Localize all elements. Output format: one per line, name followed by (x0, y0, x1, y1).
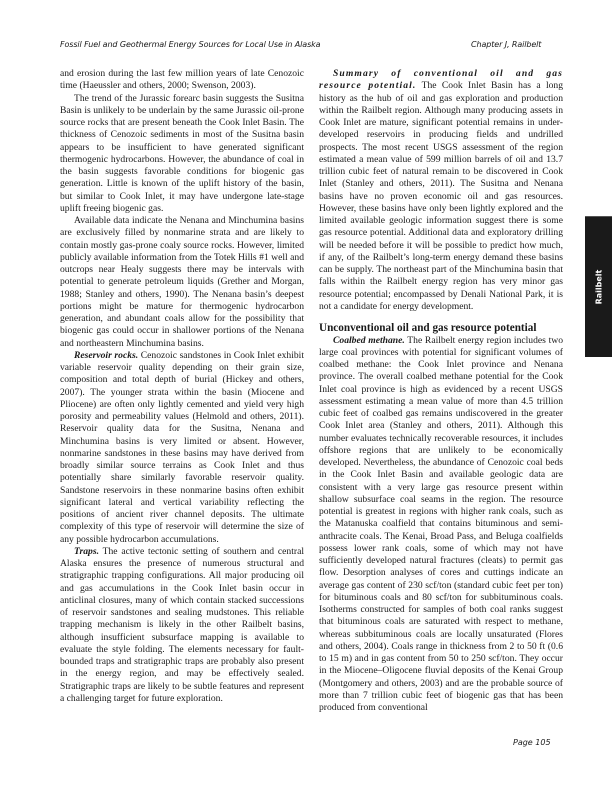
section-heading: Unconventional oil and gas resource pote… (319, 322, 563, 335)
reservoir-rocks-paragraph: Reservoir rocks. Cenozoic sandstones in … (60, 350, 304, 546)
right-column: Summary of conventional oil and gas reso… (319, 68, 563, 714)
run-in-heading: Traps. (74, 546, 99, 557)
page-number: Page 105 (513, 738, 551, 747)
paragraph-text: The Cook Inlet Basin has a long history … (319, 80, 563, 312)
paragraph: The trend of the Jurassic forearc basin … (60, 93, 304, 216)
publication-title: Fossil Fuel and Geothermal Energy Source… (60, 40, 321, 49)
paragraph-text: The active tectonic setting of southern … (60, 546, 304, 704)
traps-paragraph: Traps. The active tectonic setting of so… (60, 546, 304, 705)
chapter-title: Chapter J, Railbelt (471, 40, 541, 49)
left-column: and erosion during the last few million … (60, 68, 304, 705)
run-in-heading: Reservoir rocks. (74, 350, 138, 361)
paragraph-text: The Railbelt energy region includes two … (319, 335, 563, 714)
chapter-thumb-tab: Railbelt (585, 216, 612, 357)
paragraph: and erosion during the last few million … (60, 68, 304, 93)
run-in-heading: Coalbed methane. (333, 335, 405, 346)
summary-paragraph: Summary of conventional oil and gas reso… (319, 68, 563, 313)
thumb-tab-label: Railbelt (594, 270, 603, 305)
paragraph: Available data indicate the Nenana and M… (60, 215, 304, 350)
coalbed-methane-paragraph: Coalbed methane. The Railbelt energy reg… (319, 335, 563, 715)
paragraph-text: Cenozoic sandstones in Cook Inlet exhibi… (60, 350, 304, 545)
